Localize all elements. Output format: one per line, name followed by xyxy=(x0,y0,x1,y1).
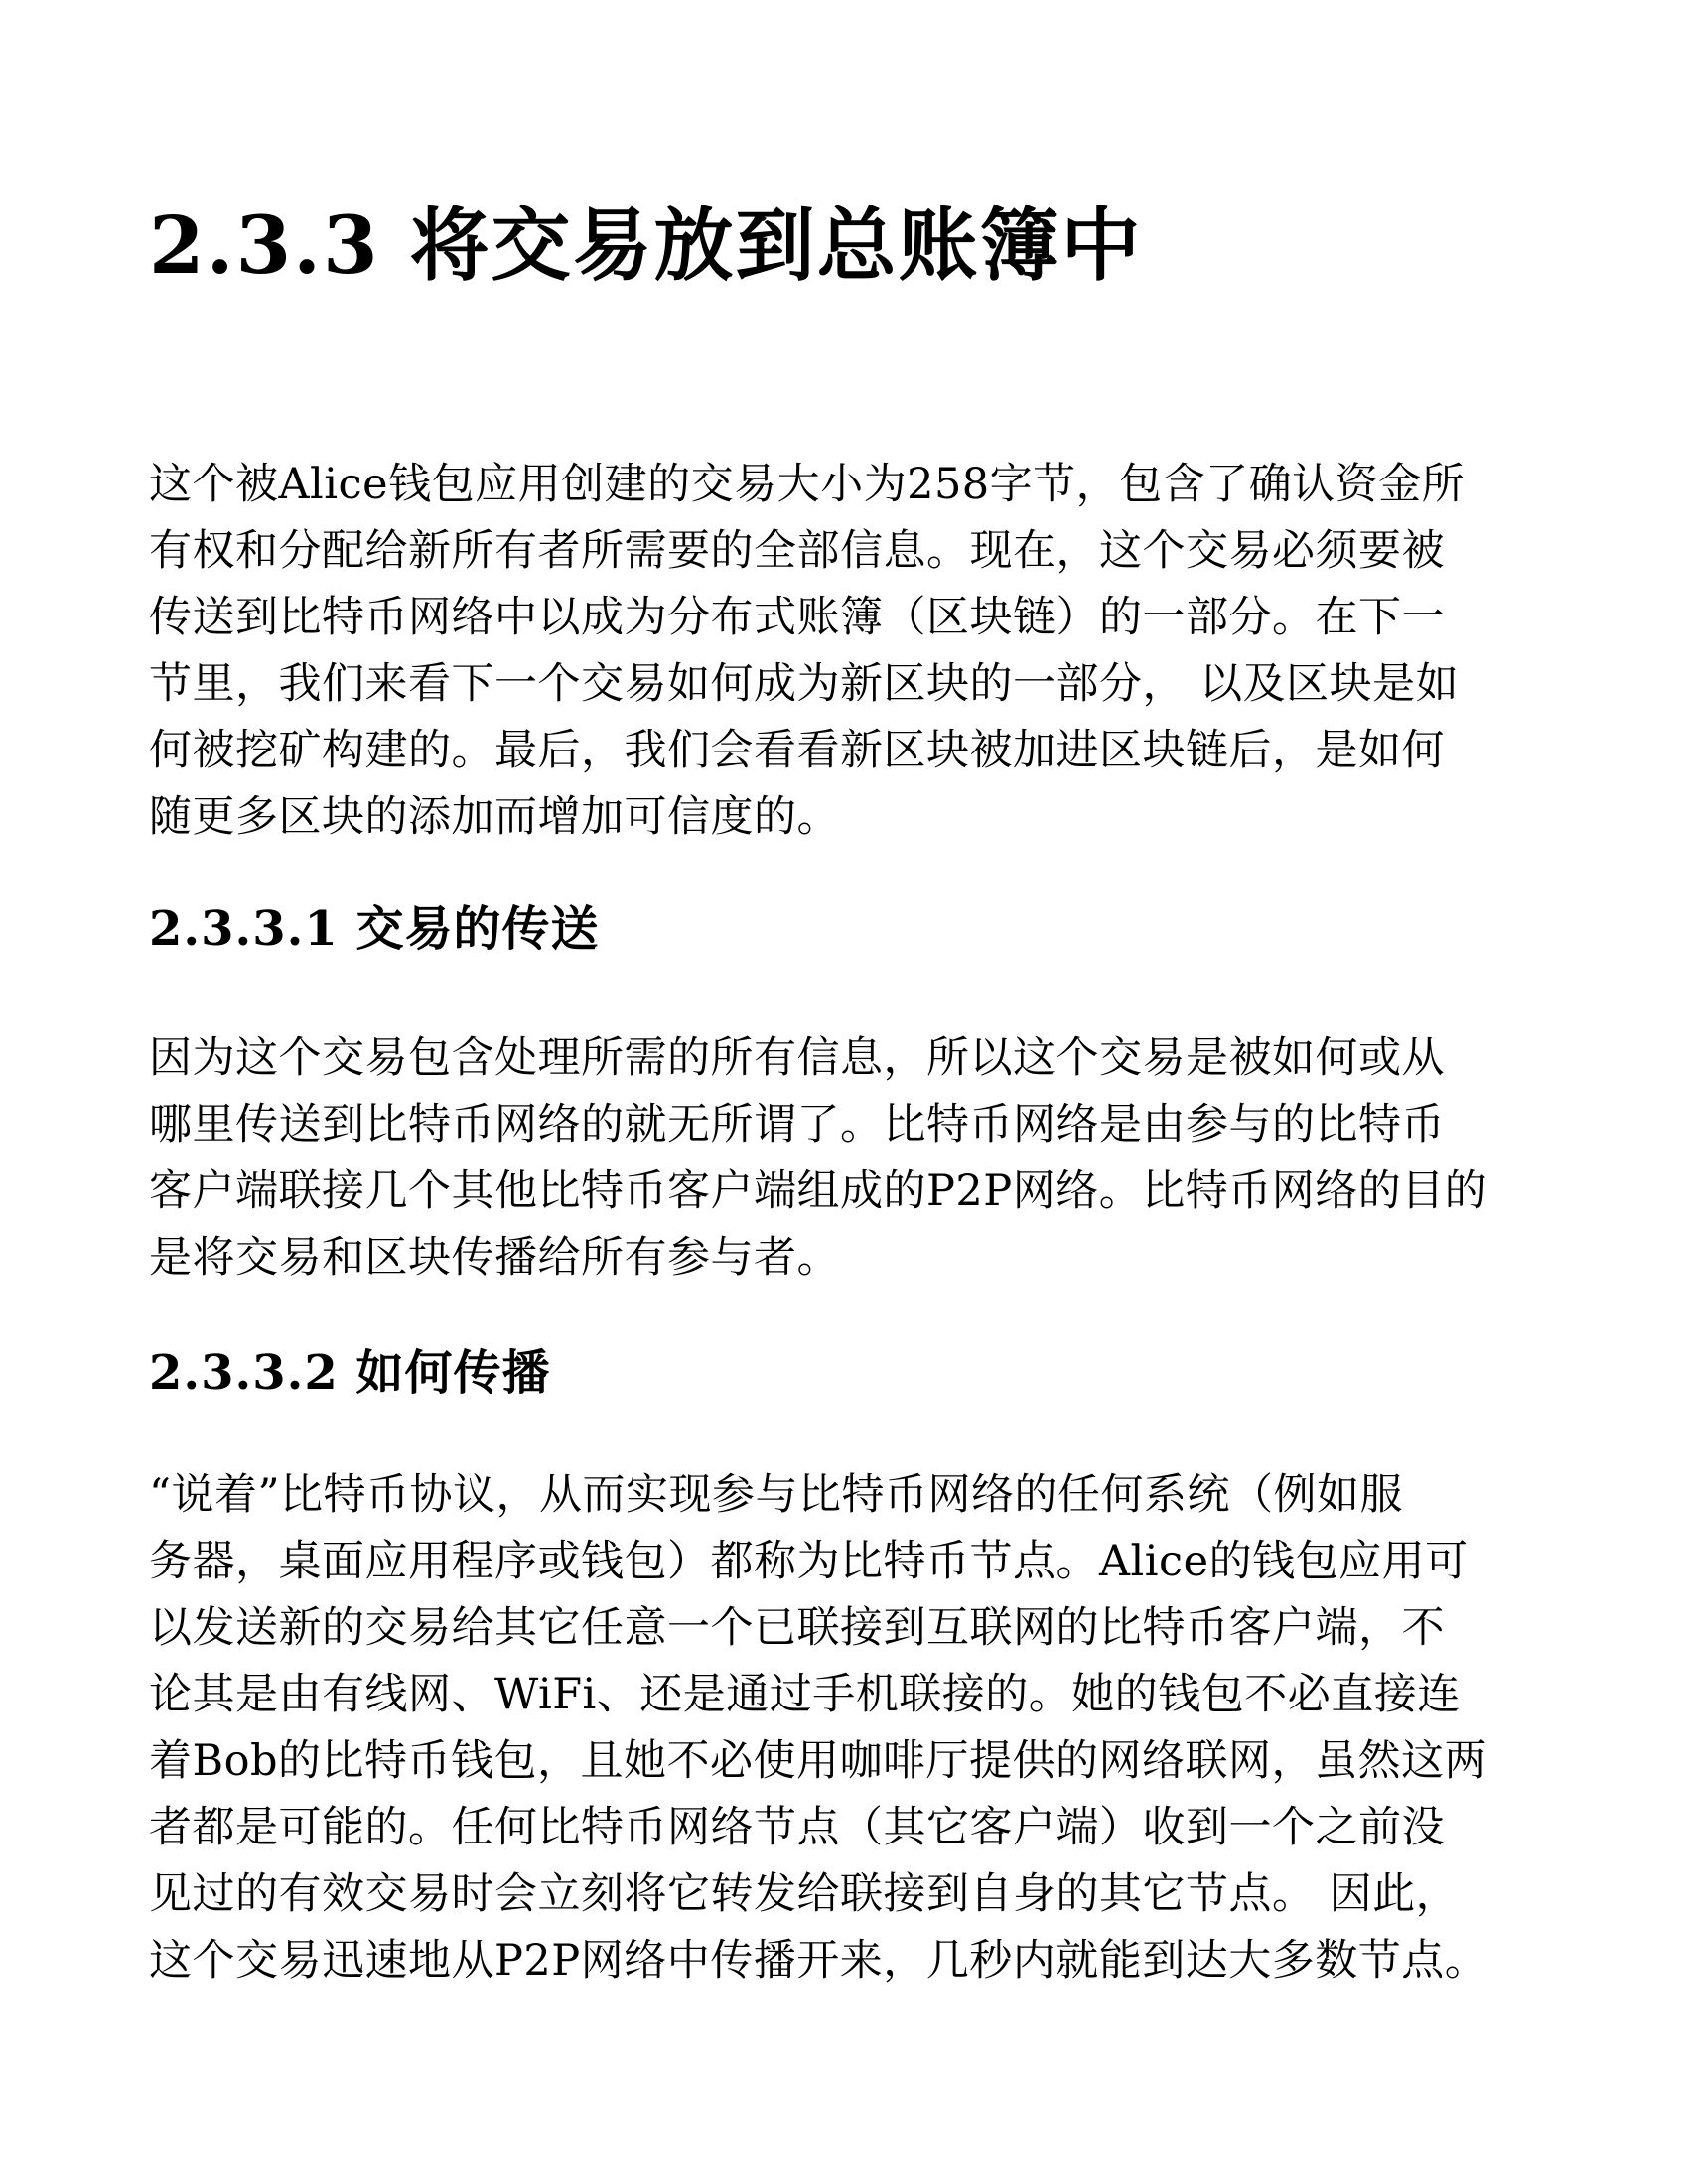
text-line: 这个交易迅速地从P2P网络中传播开来，几秒内就能到达大多数节点。 xyxy=(149,1928,1475,1994)
text-line: 因为这个交易包含处理所需的所有信息，所以这个交易是被如何或从 xyxy=(149,1025,1475,1092)
text-line: 客户端联接几个其他比特币客户端组成的P2P网络。比特币网络的目的 xyxy=(149,1159,1475,1225)
section-heading-main: 2.3.3 将交易放到总账簿中 xyxy=(149,204,1475,288)
section-heading-sub-2: 2.3.3.2 如何传播 xyxy=(149,1347,1475,1399)
paragraph-2: 因为这个交易包含处理所需的所有信息，所以这个交易是被如何或从 哪里传送到比特币网… xyxy=(149,1025,1475,1292)
paragraph-3: “说着”比特币协议，从而实现参与比特币网络的任何系统（例如服 务器，桌面应用程序… xyxy=(149,1462,1475,1994)
text-line: 是将交易和区块传播给所有参与者。 xyxy=(149,1225,1475,1292)
text-line: 见过的有效交易时会立刻将它转发给联接到自身的其它节点。 因此， xyxy=(149,1861,1475,1928)
text-line: 这个被Alice钱包应用创建的交易大小为258字节，包含了确认资金所 xyxy=(149,452,1475,518)
text-line: 有权和分配给新所有者所需要的全部信息。现在，这个交易必须要被 xyxy=(149,518,1475,585)
text-line: 以发送新的交易给其它任意一个已联接到互联网的比特币客户端，不 xyxy=(149,1595,1475,1662)
text-line: 何被挖矿构建的。最后，我们会看看新区块被加进区块链后，是如何 xyxy=(149,718,1475,784)
text-line: 节里，我们来看下一个交易如何成为新区块的一部分， 以及区块是如 xyxy=(149,651,1475,718)
text-line: “说着”比特币协议，从而实现参与比特币网络的任何系统（例如服 xyxy=(149,1462,1475,1529)
text-line: 传送到比特币网络中以成为分布式账簿（区块链）的一部分。在下一 xyxy=(149,585,1475,651)
section-heading-sub-1: 2.3.3.1 交易的传送 xyxy=(149,903,1475,955)
text-line: 哪里传送到比特币网络的就无所谓了。比特币网络是由参与的比特币 xyxy=(149,1092,1475,1159)
text-line: 务器，桌面应用程序或钱包）都称为比特币节点。Alice的钱包应用可 xyxy=(149,1529,1475,1595)
text-line: 论其是由有线网、WiFi、还是通过手机联接的。她的钱包不必直接连 xyxy=(149,1662,1475,1728)
text-line: 者都是可能的。任何比特币网络节点（其它客户端）收到一个之前没 xyxy=(149,1795,1475,1861)
text-line: 着Bob的比特币钱包，且她不必使用咖啡厅提供的网络联网，虽然这两 xyxy=(149,1728,1475,1795)
paragraph-1: 这个被Alice钱包应用创建的交易大小为258字节，包含了确认资金所 有权和分配… xyxy=(149,452,1475,851)
text-line: 随更多区块的添加而增加可信度的。 xyxy=(149,784,1475,851)
document-page: 2.3.3 将交易放到总账簿中 这个被Alice钱包应用创建的交易大小为258字… xyxy=(0,0,1688,2184)
